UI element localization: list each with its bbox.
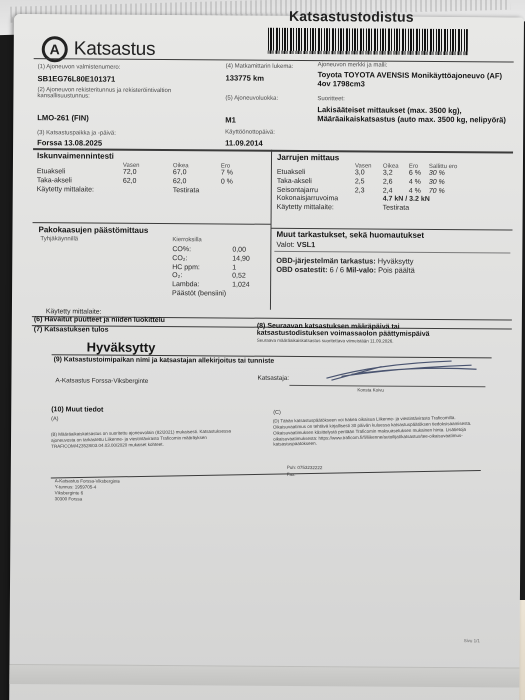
footer-station-address: A-Katsastus Forssa-Viksberginte Y-tunnus… bbox=[55, 478, 121, 502]
result-label: (7) Katsastuksen tulos bbox=[34, 326, 109, 334]
table-row: Päästöt (bensiini) bbox=[170, 290, 252, 299]
other-checks-title: Muut tarkastukset, sekä huomautukset bbox=[276, 230, 424, 240]
divider bbox=[274, 251, 510, 254]
signature-line bbox=[289, 385, 485, 387]
station-name: A-Katsastus Forssa-Viksberginte bbox=[55, 377, 148, 385]
make-label: Ajoneuvon merkki ja malli: bbox=[318, 62, 388, 68]
next-inspection-label: (8) Seuraavan katsastuksen määräpäivä ta… bbox=[257, 323, 472, 339]
stacked-pages-edge bbox=[9, 664, 519, 688]
place-value: Forssa 13.08.2025 bbox=[37, 138, 102, 147]
place-label: (3) Katsastuspaikka ja -päivä: bbox=[37, 130, 116, 137]
inspection-certificate: A Katsastus Katsastustodistus (1) Ajoneu… bbox=[9, 14, 524, 700]
shock-test-title: Iskunvaimennintesti bbox=[37, 151, 114, 161]
emissions-idle-label: Tyhjäkäynnillä bbox=[40, 236, 78, 242]
other-info-d: (D) Tähän katsastuspäätökseen voi hakea … bbox=[273, 415, 484, 448]
brake-test-title: Jarrujen mittaus bbox=[277, 153, 339, 162]
lights-row: Valot: VSL1 bbox=[276, 240, 315, 249]
emissions-device-label: Käytetty mittalaite: bbox=[46, 308, 102, 315]
performed-label: Suoritteet: bbox=[317, 96, 344, 102]
odometer-value: 133775 km bbox=[226, 73, 264, 82]
shock-test-table: Vasen Oikea Ero Etuakseli72,067,07 % Tak… bbox=[35, 162, 235, 196]
other-info-title: (10) Muut tiedot bbox=[51, 406, 103, 413]
class-value: M1 bbox=[225, 115, 236, 124]
emissions-rpm-label: Kierroksilla bbox=[172, 237, 201, 243]
other-info-a: (A) bbox=[51, 416, 58, 423]
page-mark: Sivu 1/1 bbox=[464, 638, 480, 644]
vin-label: (1) Ajoneuvon valmistenumero: bbox=[38, 64, 121, 71]
table-row: CO₂:14,90 bbox=[170, 255, 252, 264]
vin-value: SB1EG76L80E101371 bbox=[38, 74, 116, 84]
footer-fax: Fax: bbox=[287, 472, 296, 478]
odometer-label: (4) Matkamittarin lukema: bbox=[226, 63, 294, 69]
other-info-c: (C) bbox=[273, 410, 281, 417]
first-use-label: Käyttöönottopäivä: bbox=[225, 129, 275, 135]
brake-test-table: Vasen Oikea Ero Sallittu ero Etuakseli3,… bbox=[275, 163, 460, 214]
make-value: Toyota TOYOTA AVENSIS Monikäyttöajoneuvo… bbox=[317, 70, 507, 90]
reg-value: LMO-261 (FIN) bbox=[37, 113, 89, 122]
table-row: CO%:0,00 bbox=[170, 246, 252, 255]
performed-value: Lakisääteiset mittaukset (max. 3500 kg),… bbox=[317, 105, 512, 125]
table-row: HC ppm:1 bbox=[170, 264, 252, 273]
defects-title: (6) Havaitut puutteet ja niiden luokitte… bbox=[34, 316, 165, 324]
reg-label: (2) Ajoneuvon rekisteritunnus ja rekiste… bbox=[37, 87, 217, 100]
class-label: (5) Ajoneuvoluokka: bbox=[225, 95, 278, 101]
barcode bbox=[268, 28, 468, 55]
other-info-b: (B) Määräaikaiskatsastus on suoritettu a… bbox=[51, 428, 251, 449]
emissions-table: CO%:0,00 CO₂:14,90 HC ppm:1 O₂:0,52 Lamb… bbox=[170, 246, 252, 299]
next-inspection-note: Seuraava määräaikaiskatsastus suoritetta… bbox=[257, 338, 394, 345]
inspector-name: Konsta Koivu bbox=[357, 387, 384, 393]
column-divider bbox=[270, 150, 272, 310]
emissions-title: Pakokaasujen päästömittaus bbox=[38, 225, 148, 235]
footer-phone: Puh: 0753232222 bbox=[287, 465, 323, 471]
document-title: Katsastustodistus bbox=[289, 8, 414, 25]
table-row: Lambda:1,024 bbox=[170, 281, 252, 290]
divider bbox=[51, 470, 481, 479]
first-use-value: 11.09.2014 bbox=[225, 138, 263, 147]
obd-tests-row: OBD osatestit: 6 / 6 Mil-valo: Pois pääl… bbox=[276, 265, 415, 275]
result-value: Hyväksytty bbox=[87, 340, 156, 355]
table-row: Käytetty mittalaite:Testirata bbox=[275, 204, 459, 214]
table-row: Käytetty mittalaite:Testirata bbox=[35, 186, 235, 196]
inspector-label: Katsastaja: bbox=[257, 375, 289, 382]
signature-image bbox=[321, 356, 481, 387]
signature-section-title: (9) Katsastustoimipaikan nimi ja katsast… bbox=[54, 356, 275, 365]
